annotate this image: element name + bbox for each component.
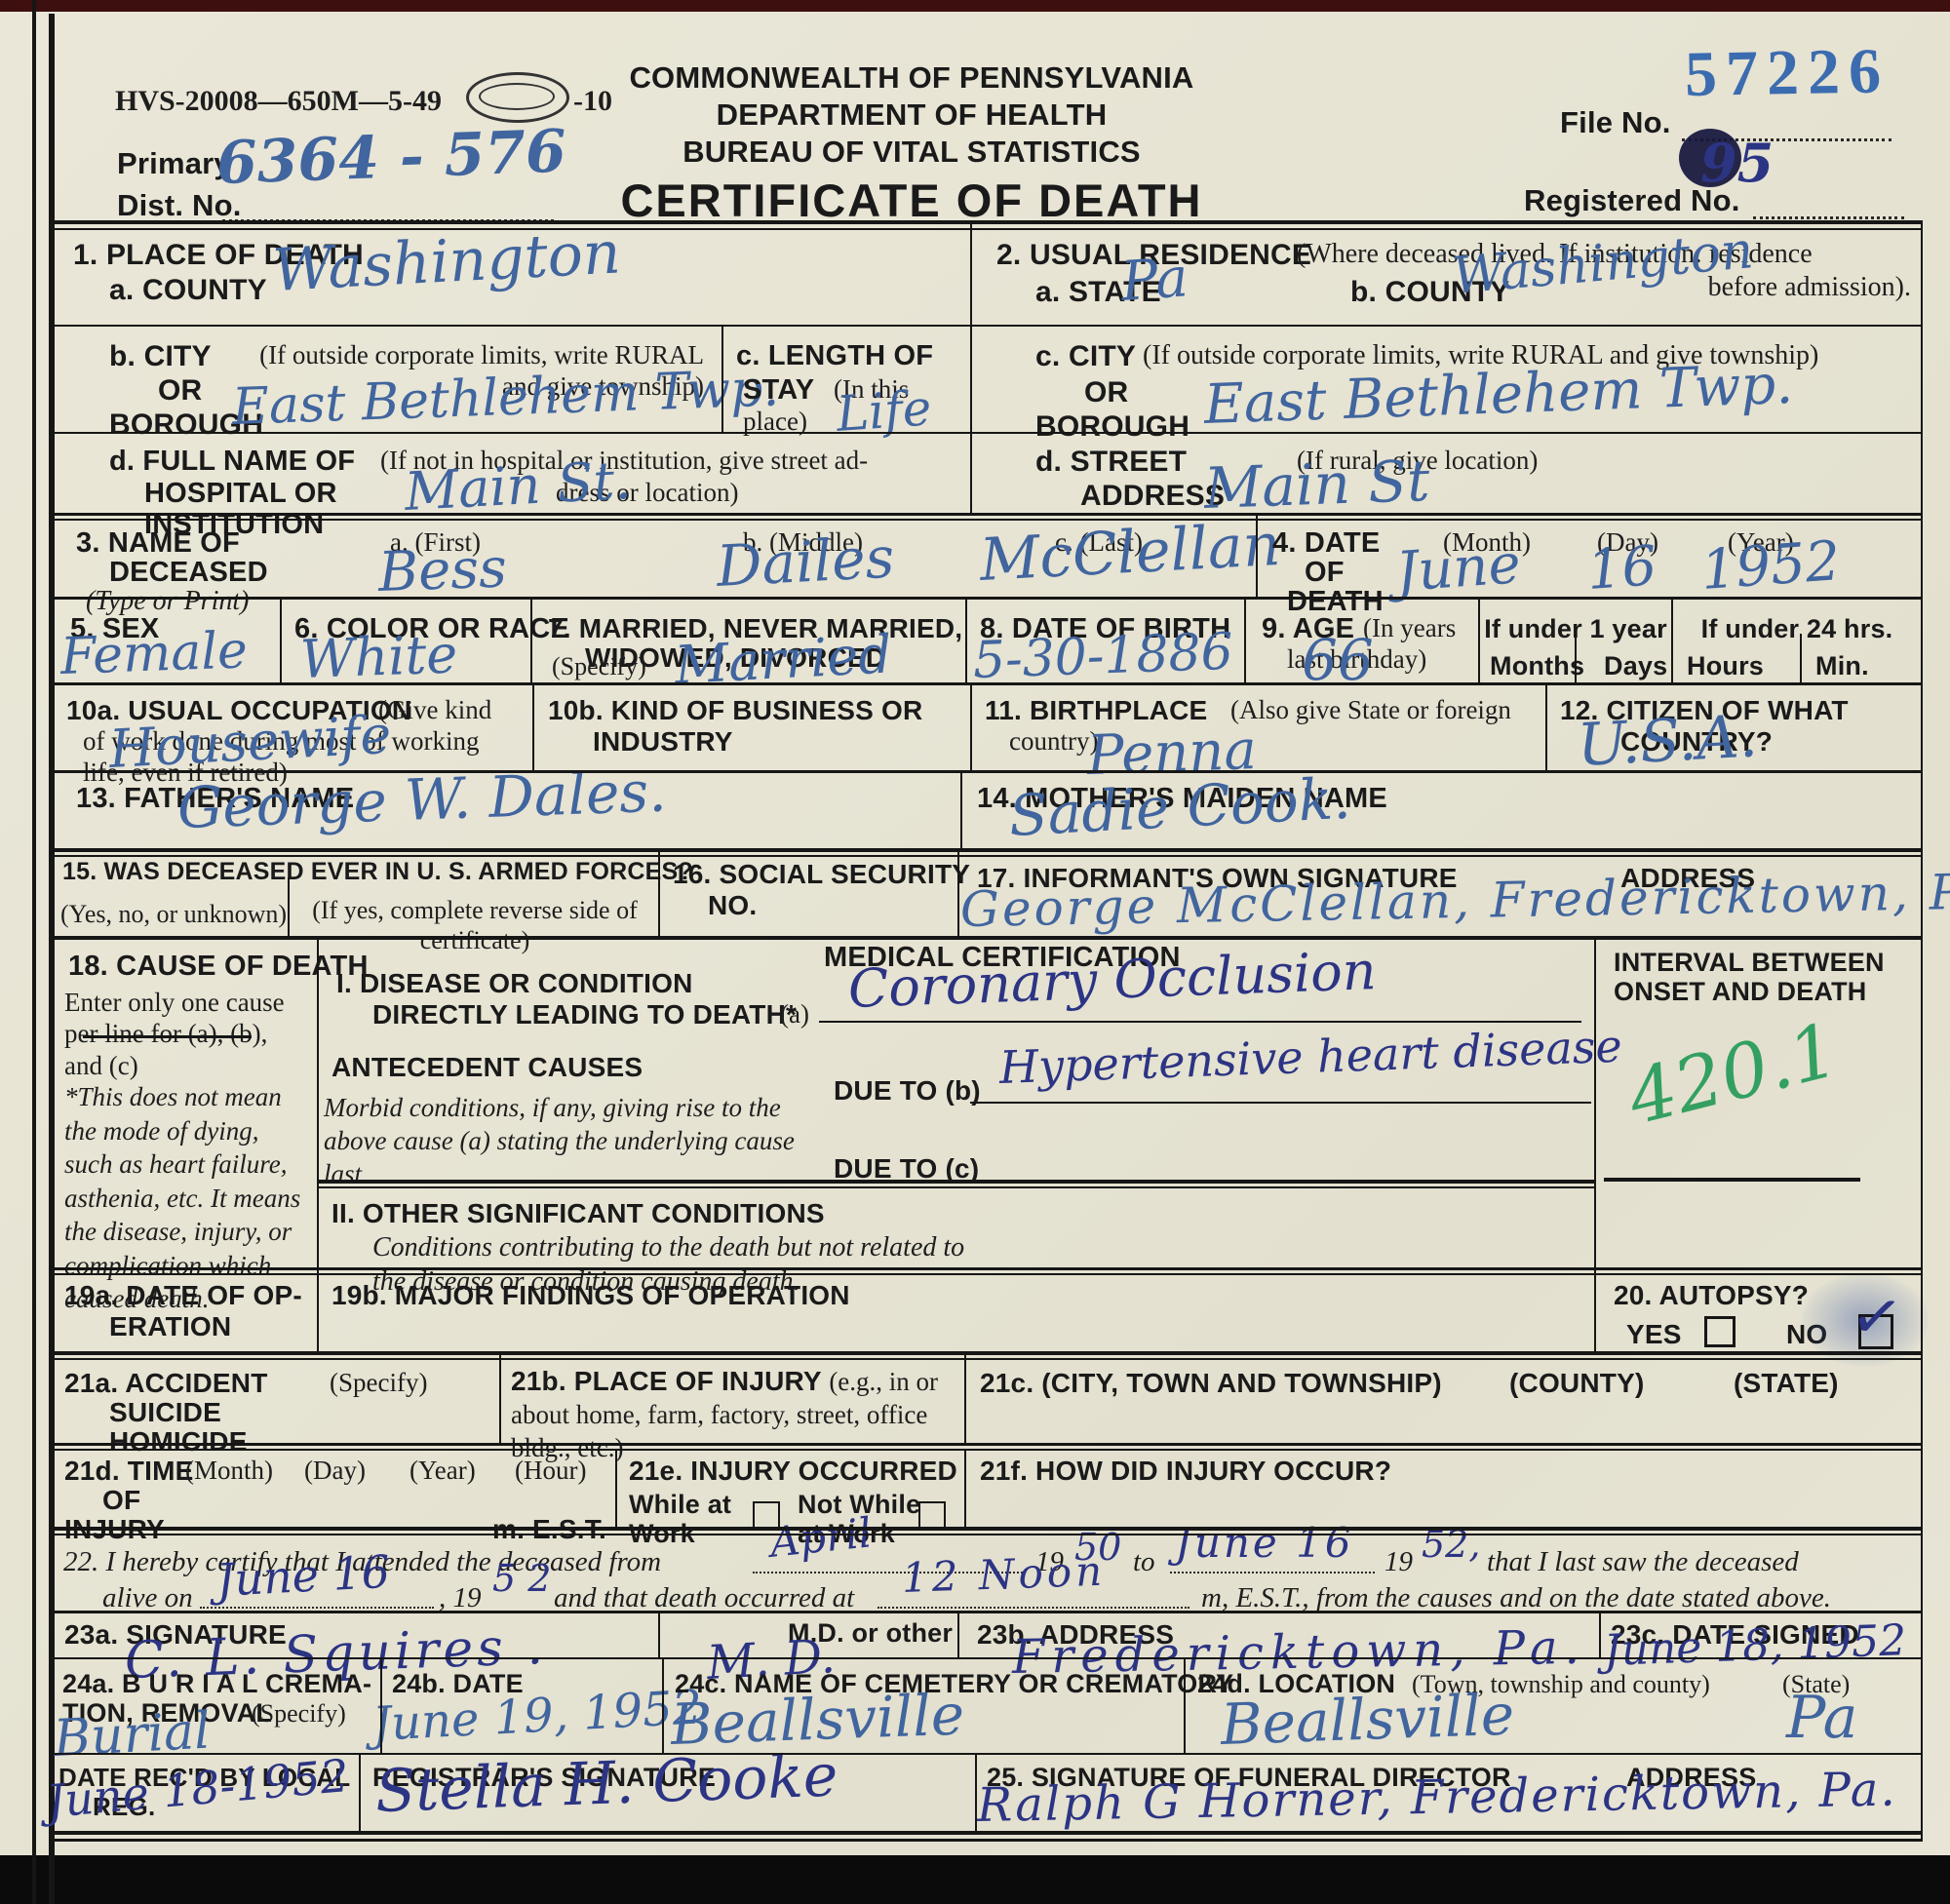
- cause-label: 18. CAUSE OF DEATH: [68, 950, 369, 983]
- bureau-line: BUREAU OF VITAL STATISTICS: [619, 135, 1204, 171]
- text: Pa: [1119, 246, 1190, 314]
- text: and that death occurred at: [554, 1582, 854, 1613]
- text: INTERVAL BETWEEN: [1614, 948, 1885, 977]
- hospital-label2: HOSPITAL OR: [144, 477, 337, 510]
- divider-line: [970, 682, 972, 770]
- text: (Day): [304, 1456, 366, 1485]
- divider-line: [54, 519, 1923, 521]
- text: BUREAU OF VITAL STATISTICS: [682, 135, 1141, 169]
- text: to: [1133, 1546, 1155, 1577]
- text: d. STREET: [1035, 446, 1187, 478]
- autopsy-no-checkmark: ✓: [1847, 1283, 1907, 1352]
- months-label: Months: [1490, 651, 1584, 682]
- divider-line: [54, 855, 1923, 857]
- divider-line: [54, 220, 1923, 224]
- form-code: HVS-20008—650M—5-49: [115, 84, 442, 119]
- text: HOMICIDE: [109, 1426, 248, 1457]
- injury-year-label: (Year): [409, 1455, 476, 1486]
- divider-line: [1921, 220, 1923, 1839]
- binding-line: [32, 0, 36, 1904]
- text: Hypertensive heart disease: [998, 1020, 1622, 1094]
- interval-label: INTERVAL BETWEEN: [1614, 948, 1885, 979]
- text: Min.: [1815, 651, 1869, 680]
- hospital-label: d. FULL NAME OF: [109, 445, 355, 478]
- location-state-value: Pa: [1786, 1689, 1857, 1747]
- divider-line: [54, 1358, 1923, 1360]
- divider-line: [1594, 936, 1596, 1267]
- divider-line: [54, 1657, 1923, 1659]
- registered-no-blank: [1753, 216, 1904, 219]
- ssn-label2: NO.: [708, 889, 757, 921]
- place-of-injury-bold: 21b. PLACE OF INJURY: [511, 1366, 822, 1396]
- hours-label: Hours: [1687, 651, 1764, 682]
- divider-line: [54, 597, 1923, 600]
- divider-line: [83, 1035, 252, 1038]
- marital-specify: (Specify): [552, 651, 646, 681]
- min-label: Min.: [1815, 651, 1869, 682]
- cause-a-tag: (a): [780, 998, 809, 1030]
- interval-label2: ONSET AND DEATH: [1614, 977, 1867, 1008]
- text: 16. SOCIAL SECURITY: [673, 859, 970, 889]
- text: (If yes, complete reverse side of certif…: [312, 896, 638, 954]
- text: (STATE): [1734, 1368, 1839, 1398]
- text: Enter only one cause per line for (a), (…: [64, 988, 285, 1080]
- divider-line: [1575, 634, 1577, 682]
- primary-dist-no-value: 6364 - 576: [215, 122, 567, 192]
- divider-line: [819, 1021, 1581, 1023]
- divider-line: [54, 1351, 1923, 1355]
- last-name-value: McClellan: [978, 516, 1281, 590]
- divider-line: [1256, 513, 1258, 597]
- text: 19: [1384, 1546, 1413, 1577]
- text: 21f. HOW DID INJURY OCCUR?: [980, 1456, 1391, 1486]
- death-day-value: 16: [1585, 539, 1658, 599]
- divider-line: [359, 1753, 361, 1831]
- divider-line: [615, 1449, 617, 1527]
- divider-line: [658, 1611, 660, 1657]
- text: SUICIDE: [109, 1397, 221, 1427]
- text: DUE TO (b): [834, 1075, 981, 1106]
- text: (Yes, no, or unknown): [60, 900, 287, 928]
- text: II. OTHER SIGNIFICANT CONDITIONS: [331, 1198, 825, 1228]
- text: (In years: [1363, 613, 1456, 642]
- date-signed-value: June 18, 1952: [1603, 1619, 1907, 1673]
- interval-code-value: 420.1: [1621, 1012, 1846, 1135]
- divider-line: [317, 1267, 319, 1351]
- text: 4. DATE: [1272, 527, 1380, 559]
- under-24-label: If under 24 hrs.: [1675, 614, 1919, 645]
- text: OF: [1305, 557, 1345, 588]
- text: Morbid conditions, if any, giving rise t…: [324, 1093, 795, 1188]
- operation-findings-label: 19b. MAJOR FINDINGS OF OPERATION: [331, 1279, 850, 1311]
- divider-line: [957, 1611, 959, 1657]
- text: 21d. TIME: [64, 1456, 194, 1486]
- divider-line: [54, 1831, 1923, 1835]
- text: (Also give State or foreign: [1230, 695, 1511, 724]
- certify-19b: 19: [1384, 1545, 1413, 1579]
- divider-line: [54, 682, 1923, 685]
- days-label: Days: [1604, 651, 1667, 682]
- text: 24a. B U R I A L CREMA-: [62, 1669, 371, 1698]
- stay-label: c. LENGTH OF: [736, 339, 933, 372]
- text: 15. WAS DECEASED EVER IN U. S. ARMED FOR…: [62, 858, 693, 885]
- text: (Give kind: [378, 695, 491, 724]
- injury-month-label: (Month): [185, 1455, 273, 1486]
- text: DIRECTLY LEADING TO DEATH*: [372, 999, 797, 1030]
- text: YES: [1626, 1319, 1682, 1349]
- text: ANTECEDENT CAUSES: [331, 1052, 643, 1082]
- cause-b-value: Hypertensive heart disease: [998, 1024, 1622, 1090]
- cause-note1: Enter only one cause per line for (a), (…: [64, 987, 308, 1081]
- city-label: b. CITY: [109, 339, 212, 373]
- text: country): [1009, 726, 1098, 756]
- text: 95: [1700, 132, 1774, 194]
- divider-line: [54, 1443, 1923, 1446]
- divider-line: [54, 1273, 1923, 1275]
- disease-label2: DIRECTLY LEADING TO DEATH*: [372, 998, 797, 1030]
- injury-state-label: (STATE): [1734, 1367, 1839, 1399]
- divider-line: [1671, 597, 1673, 682]
- text: (Month): [185, 1456, 273, 1485]
- text: April: [767, 1508, 874, 1567]
- text: OR: [1084, 376, 1128, 408]
- department-line: DEPARTMENT OF HEALTH: [619, 97, 1204, 134]
- text: 10b. KIND OF BUSINESS OR: [548, 695, 922, 725]
- text: Hours: [1687, 651, 1764, 680]
- text: 20. AUTOPSY?: [1614, 1280, 1809, 1310]
- text: 5 2: [492, 1557, 551, 1600]
- text: OR: [158, 374, 202, 407]
- text: HOSPITAL OR: [144, 478, 337, 509]
- residence-or-label: OR: [1084, 375, 1128, 409]
- divider-line: [970, 1102, 1591, 1104]
- age-hint: (In years: [1363, 612, 1456, 643]
- divider-line: [970, 220, 972, 515]
- text: Beallsville: [1220, 1682, 1515, 1758]
- hospital-value: Main St.: [404, 454, 633, 519]
- text: Sadie Cook.: [1007, 765, 1352, 849]
- text: 21a. ACCIDENT: [64, 1368, 268, 1398]
- autopsy-yes-checkbox: [1704, 1316, 1735, 1347]
- text: STAY: [743, 374, 814, 406]
- text: , 19: [439, 1582, 482, 1613]
- armed-forces-hint1: (Yes, no, or unknown): [60, 899, 287, 929]
- text: Days: [1604, 651, 1667, 680]
- certify-from-value: April: [768, 1512, 874, 1564]
- text: 19b. MAJOR FINDINGS OF OPERATION: [331, 1280, 850, 1310]
- text: b. CITY: [109, 340, 212, 372]
- occupation-hint1: (Give kind: [378, 694, 491, 725]
- county-label: a. COUNTY: [109, 273, 267, 307]
- text: d. FULL NAME OF: [109, 446, 355, 477]
- autopsy-yes-label: YES: [1626, 1318, 1682, 1350]
- text: U.S.A.: [1576, 702, 1759, 780]
- birthplace-hint2: country): [1009, 725, 1098, 757]
- divider-line: [658, 848, 660, 936]
- text: (Year): [409, 1456, 476, 1485]
- divider-line: [54, 848, 1923, 852]
- scan-edge-top: [0, 0, 1950, 12]
- state-value: Pa: [1119, 251, 1189, 310]
- county-value: Washington: [271, 223, 621, 300]
- text: alive on: [102, 1582, 193, 1613]
- text: (Specify): [252, 1699, 346, 1728]
- certify-blank2: [1170, 1572, 1375, 1574]
- divider-line: [54, 936, 1923, 940]
- funeral-director-value: Ralph G Horner, Fredericktown, Pa.: [977, 1767, 1897, 1829]
- divider-line: [54, 770, 1923, 773]
- residence-city-label: c. CITY: [1035, 339, 1136, 373]
- operation-date-label: 19a. DATE OF OP-: [64, 1279, 302, 1311]
- first-name-value: Bess: [377, 541, 508, 601]
- divider-line: [1184, 1657, 1186, 1753]
- street-value: Main St: [1203, 452, 1430, 517]
- text: Dailes: [715, 525, 896, 600]
- divider-line: [54, 1534, 1923, 1535]
- location-value: Beallsville: [1220, 1687, 1515, 1753]
- text: 3. NAME OF: [76, 527, 240, 559]
- text: File No.: [1560, 105, 1671, 139]
- stay-label2: STAY: [743, 373, 814, 407]
- divider-line: [54, 1839, 1923, 1842]
- age-value: 66: [1302, 632, 1374, 688]
- divider-line: [54, 325, 1923, 327]
- divider-line: [721, 325, 723, 432]
- homicide-label: HOMICIDE: [109, 1425, 248, 1457]
- text: 21e. INJURY OCCURRED: [629, 1456, 957, 1486]
- divider-line: [530, 597, 532, 682]
- text: Bess: [377, 536, 508, 604]
- suicide-label: SUICIDE: [109, 1396, 221, 1428]
- cause-a-value: Coronary Occlusion: [847, 945, 1377, 1016]
- text: ERATION: [109, 1311, 231, 1341]
- time-of-injury-label2: OF: [102, 1484, 140, 1516]
- text: c. LENGTH OF: [736, 340, 933, 371]
- file-no-stamp: 57226: [1684, 39, 1890, 107]
- health-department-seal-icon: [466, 72, 569, 123]
- text: 12 Noon: [901, 1547, 1107, 1602]
- registered-no-value: 95: [1700, 136, 1774, 189]
- text: (Hour): [515, 1456, 586, 1485]
- death-month-value: June: [1394, 537, 1522, 601]
- divider-line: [964, 1449, 966, 1527]
- not-while-checkbox: [918, 1501, 946, 1529]
- divider-line: [1478, 597, 1480, 682]
- certify-blank3: [200, 1607, 434, 1609]
- divider-line: [54, 1267, 1923, 1270]
- certify-blank4: [877, 1607, 1189, 1609]
- text: Female: [59, 621, 249, 686]
- text: 57226: [1684, 35, 1890, 110]
- divider-line: [964, 1351, 966, 1443]
- binding-line: [49, 14, 55, 1904]
- text: While at: [629, 1490, 731, 1519]
- text: c. CITY: [1035, 340, 1136, 372]
- text: m, E.S.T., from the causes and on the da…: [1201, 1582, 1831, 1613]
- divider-line: [1604, 1178, 1860, 1182]
- divider-line: [1244, 597, 1246, 682]
- text: Main St: [1203, 447, 1431, 522]
- divider-line: [288, 877, 290, 936]
- divider-line: [54, 228, 1923, 230]
- certify-to-year: 52,: [1422, 1526, 1480, 1563]
- sex-value: Female: [59, 625, 248, 682]
- text: June: [1394, 532, 1523, 604]
- divider-line: [54, 1527, 1923, 1531]
- divider-line: [317, 1186, 1594, 1188]
- text: (Specify): [552, 652, 646, 680]
- or-label: OR: [158, 373, 202, 408]
- disease-label: I. DISEASE OR CONDITION: [336, 967, 693, 999]
- text: 18. CAUSE OF DEATH: [68, 951, 369, 982]
- divider-line: [1599, 1611, 1601, 1657]
- divider-line: [54, 1611, 1923, 1613]
- divider-line: [1594, 1267, 1596, 1351]
- text: If under 24 hrs.: [1701, 614, 1893, 643]
- text: 420.1: [1619, 1006, 1847, 1142]
- text: (Specify): [330, 1368, 427, 1397]
- certify-time-value: 12 Noon: [901, 1551, 1107, 1599]
- divider-line: [54, 432, 1923, 434]
- commonwealth-line: COMMONWEALTH OF PENNSYLVANIA: [619, 60, 1204, 97]
- primary-dist-label: Primary: [117, 146, 231, 182]
- while-at-work-label: While at: [629, 1490, 731, 1521]
- stay-value: Life: [835, 383, 933, 439]
- divider-line: [499, 1351, 501, 1443]
- accident-label: 21a. ACCIDENT: [64, 1367, 268, 1399]
- text: 19a. DATE OF OP-: [64, 1280, 302, 1310]
- divider-line: [317, 936, 319, 1267]
- antecedent-label: ANTECEDENT CAUSES: [331, 1051, 643, 1083]
- divider-line: [975, 1753, 977, 1831]
- text: -10: [573, 85, 612, 117]
- text: INDUSTRY: [593, 726, 733, 757]
- text: Primary: [117, 146, 231, 180]
- birth-date-value: 5-30-1886: [972, 627, 1233, 686]
- text: Burial: [52, 1702, 212, 1768]
- middle-name-value: Dailes: [715, 528, 895, 594]
- divider-line: [280, 597, 282, 682]
- accident-specify-hint: (Specify): [330, 1367, 427, 1398]
- injury-occurred-label: 21e. INJURY OCCURRED: [629, 1455, 957, 1487]
- text: 21c. (CITY, TOWN AND TOWNSHIP): [980, 1368, 1442, 1398]
- text: HVS-20008—650M—5-49: [115, 85, 442, 117]
- autopsy-label: 20. AUTOPSY?: [1614, 1279, 1809, 1311]
- divider-line: [54, 513, 1923, 516]
- birthplace-hint1: (Also give State or foreign: [1230, 694, 1511, 725]
- text: BOROUGH: [1035, 410, 1189, 443]
- text: June 16: [215, 1545, 392, 1607]
- text: NO.: [708, 890, 757, 920]
- certify-text2: that I last saw the deceased: [1487, 1545, 1799, 1579]
- injury-county-label: (COUNTY): [1509, 1367, 1644, 1399]
- form-code-suffix: -10: [573, 84, 612, 119]
- text: OF: [102, 1485, 140, 1515]
- text: Pa: [1786, 1684, 1857, 1752]
- text: DEPARTMENT OF HEALTH: [717, 97, 1108, 132]
- due-b-label: DUE TO (b): [834, 1074, 981, 1107]
- street-label: d. STREET: [1035, 445, 1187, 479]
- certify-to-word: to: [1133, 1545, 1155, 1579]
- ssn-label: 16. SOCIAL SECURITY: [673, 858, 970, 890]
- scan-edge-bottom: [0, 1855, 1950, 1904]
- file-no-label: File No.: [1560, 105, 1671, 141]
- armed-forces-label: 15. WAS DECEASED EVER IN U. S. ARMED FOR…: [62, 858, 693, 887]
- injury-city-label: 21c. (CITY, TOWN AND TOWNSHIP): [980, 1367, 1442, 1399]
- occupation-value: Housewife: [108, 709, 393, 776]
- burial-value: Burial: [53, 1706, 212, 1765]
- text: (a): [780, 999, 809, 1029]
- text: ONSET AND DEATH: [1614, 977, 1867, 1006]
- industry-label: 10b. KIND OF BUSINESS OR: [548, 694, 922, 726]
- divider-line: [965, 597, 967, 682]
- injury-hour-label: (Hour): [515, 1455, 586, 1486]
- divider-line: [54, 1753, 1923, 1755]
- text: 1952: [1699, 529, 1843, 602]
- operation-date-label2: ERATION: [109, 1310, 231, 1342]
- text: (COUNTY): [1509, 1368, 1644, 1398]
- industry-label2: INDUSTRY: [593, 725, 733, 758]
- race-value: White: [299, 628, 458, 686]
- divider-line: [317, 1180, 1594, 1184]
- divider-line: [380, 1657, 382, 1753]
- father-value: George W. Dales.: [176, 763, 667, 836]
- text: 16: [1585, 534, 1659, 602]
- residence-borough-label: BOROUGH: [1035, 409, 1189, 444]
- certify-alive-value: June 16: [215, 1549, 391, 1603]
- other-conditions-label: II. OTHER SIGNIFICANT CONDITIONS: [331, 1197, 825, 1229]
- text: June 18, 1952: [1603, 1615, 1907, 1676]
- divider-line: [662, 1657, 664, 1753]
- text: COMMONWEALTH OF PENNSYLVANIA: [629, 60, 1193, 95]
- citizen-value: U.S.A.: [1576, 707, 1758, 775]
- text: I. DISEASE OR CONDITION: [336, 968, 693, 998]
- how-injury-label: 21f. HOW DID INJURY OCCUR?: [980, 1455, 1391, 1487]
- text: that I last saw the deceased: [1487, 1546, 1799, 1577]
- text: CERTIFICATE OF DEATH: [620, 175, 1202, 226]
- text: 5-30-1886: [972, 623, 1234, 690]
- morbid-note: Morbid conditions, if any, giving rise t…: [324, 1092, 821, 1190]
- text: Washington: [271, 218, 622, 305]
- burial-specify-hint: (Specify): [252, 1698, 346, 1729]
- text: McClellan: [978, 511, 1282, 595]
- death-certificate-scan: HVS-20008—650M—5-49 -10 Primary Dist. No…: [0, 0, 1950, 1904]
- text: DECEASED: [109, 557, 268, 588]
- armed-forces-hint2: (If yes, complete reverse side of certif…: [304, 895, 645, 955]
- divider-line: [1800, 634, 1802, 682]
- text: White: [299, 623, 458, 690]
- registrar-signature-value: Stella H. Cooke: [374, 1746, 838, 1821]
- text: a. COUNTY: [109, 274, 267, 306]
- divider-line: [960, 770, 962, 848]
- injury-day-label: (Day): [304, 1455, 366, 1486]
- time-of-injury-label: 21d. TIME: [64, 1455, 194, 1487]
- burial-label: 24a. B U R I A L CREMA-: [62, 1669, 371, 1700]
- text: Main St.: [403, 449, 633, 523]
- divider-line: [1545, 682, 1547, 770]
- text: 6364 - 576: [215, 117, 567, 197]
- divider-line: [532, 682, 534, 770]
- divider-line: [957, 848, 959, 936]
- mother-value: Sadie Cook.: [1007, 770, 1351, 844]
- certify-alive-year: 5 2: [492, 1560, 551, 1597]
- divider-line: [54, 1449, 1923, 1451]
- death-year-value: 1952: [1699, 534, 1842, 599]
- text: Months: [1490, 651, 1584, 680]
